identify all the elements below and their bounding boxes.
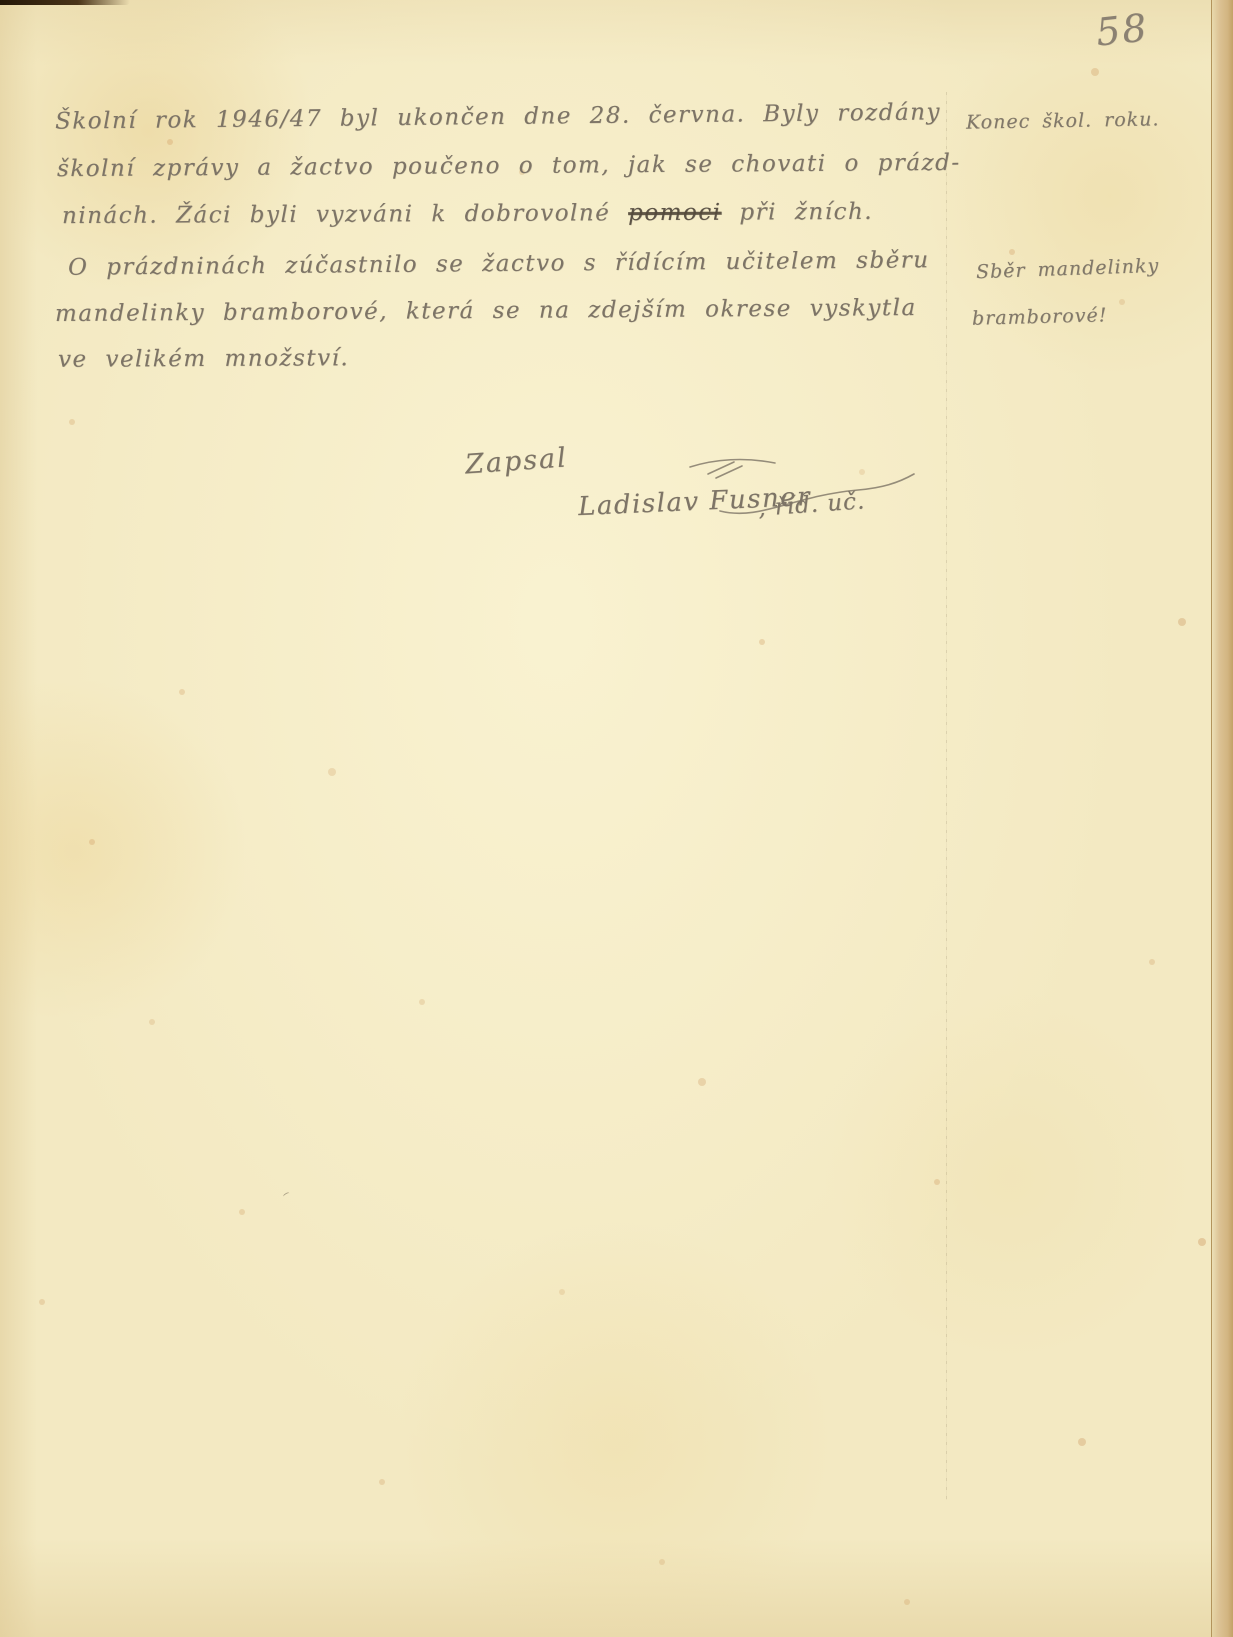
paper-aging-tone bbox=[0, 0, 1233, 1637]
margin-note-end-of-school-year: Konec škol. roku. bbox=[966, 108, 1160, 133]
margin-crease-line bbox=[946, 92, 947, 1500]
text-line-5: mandelinky bramborové, která se na zdejš… bbox=[55, 295, 917, 327]
text-line-4: O prázdninách zúčastnilo se žactvo s říd… bbox=[68, 247, 930, 281]
scanned-chronicle-page: 58 Školní rok 1946/47 byl ukončen dne 28… bbox=[0, 0, 1233, 1637]
text-line-3-pre: ninách. Žáci byli vyzváni k dobrovolné bbox=[62, 200, 628, 229]
stray-pencil-mark bbox=[282, 1192, 290, 1199]
text-line-2: školní zprávy a žactvo poučeno o tom, ja… bbox=[57, 150, 961, 182]
foxing-spots bbox=[0, 0, 4, 4]
struck-word: pomoci bbox=[628, 200, 722, 226]
margin-note-beetle-collection-line-1: Sběr mandelinky bbox=[976, 255, 1160, 283]
margin-note-beetle-collection-line-2: bramborové! bbox=[972, 304, 1108, 330]
page-number: 58 bbox=[1094, 5, 1151, 54]
text-line-6: ve velikém množství. bbox=[58, 345, 349, 373]
scan-edge-artifact bbox=[0, 0, 130, 5]
text-line-3: ninách. Žáci byli vyzváni k dobrovolné p… bbox=[62, 199, 873, 229]
text-line-1: Školní rok 1946/47 byl ukončen dne 28. č… bbox=[55, 99, 941, 134]
text-line-3-post: při žních. bbox=[722, 199, 874, 226]
page-edge-shadow bbox=[1211, 0, 1233, 1637]
signature-prefix: Zapsal bbox=[464, 442, 569, 480]
